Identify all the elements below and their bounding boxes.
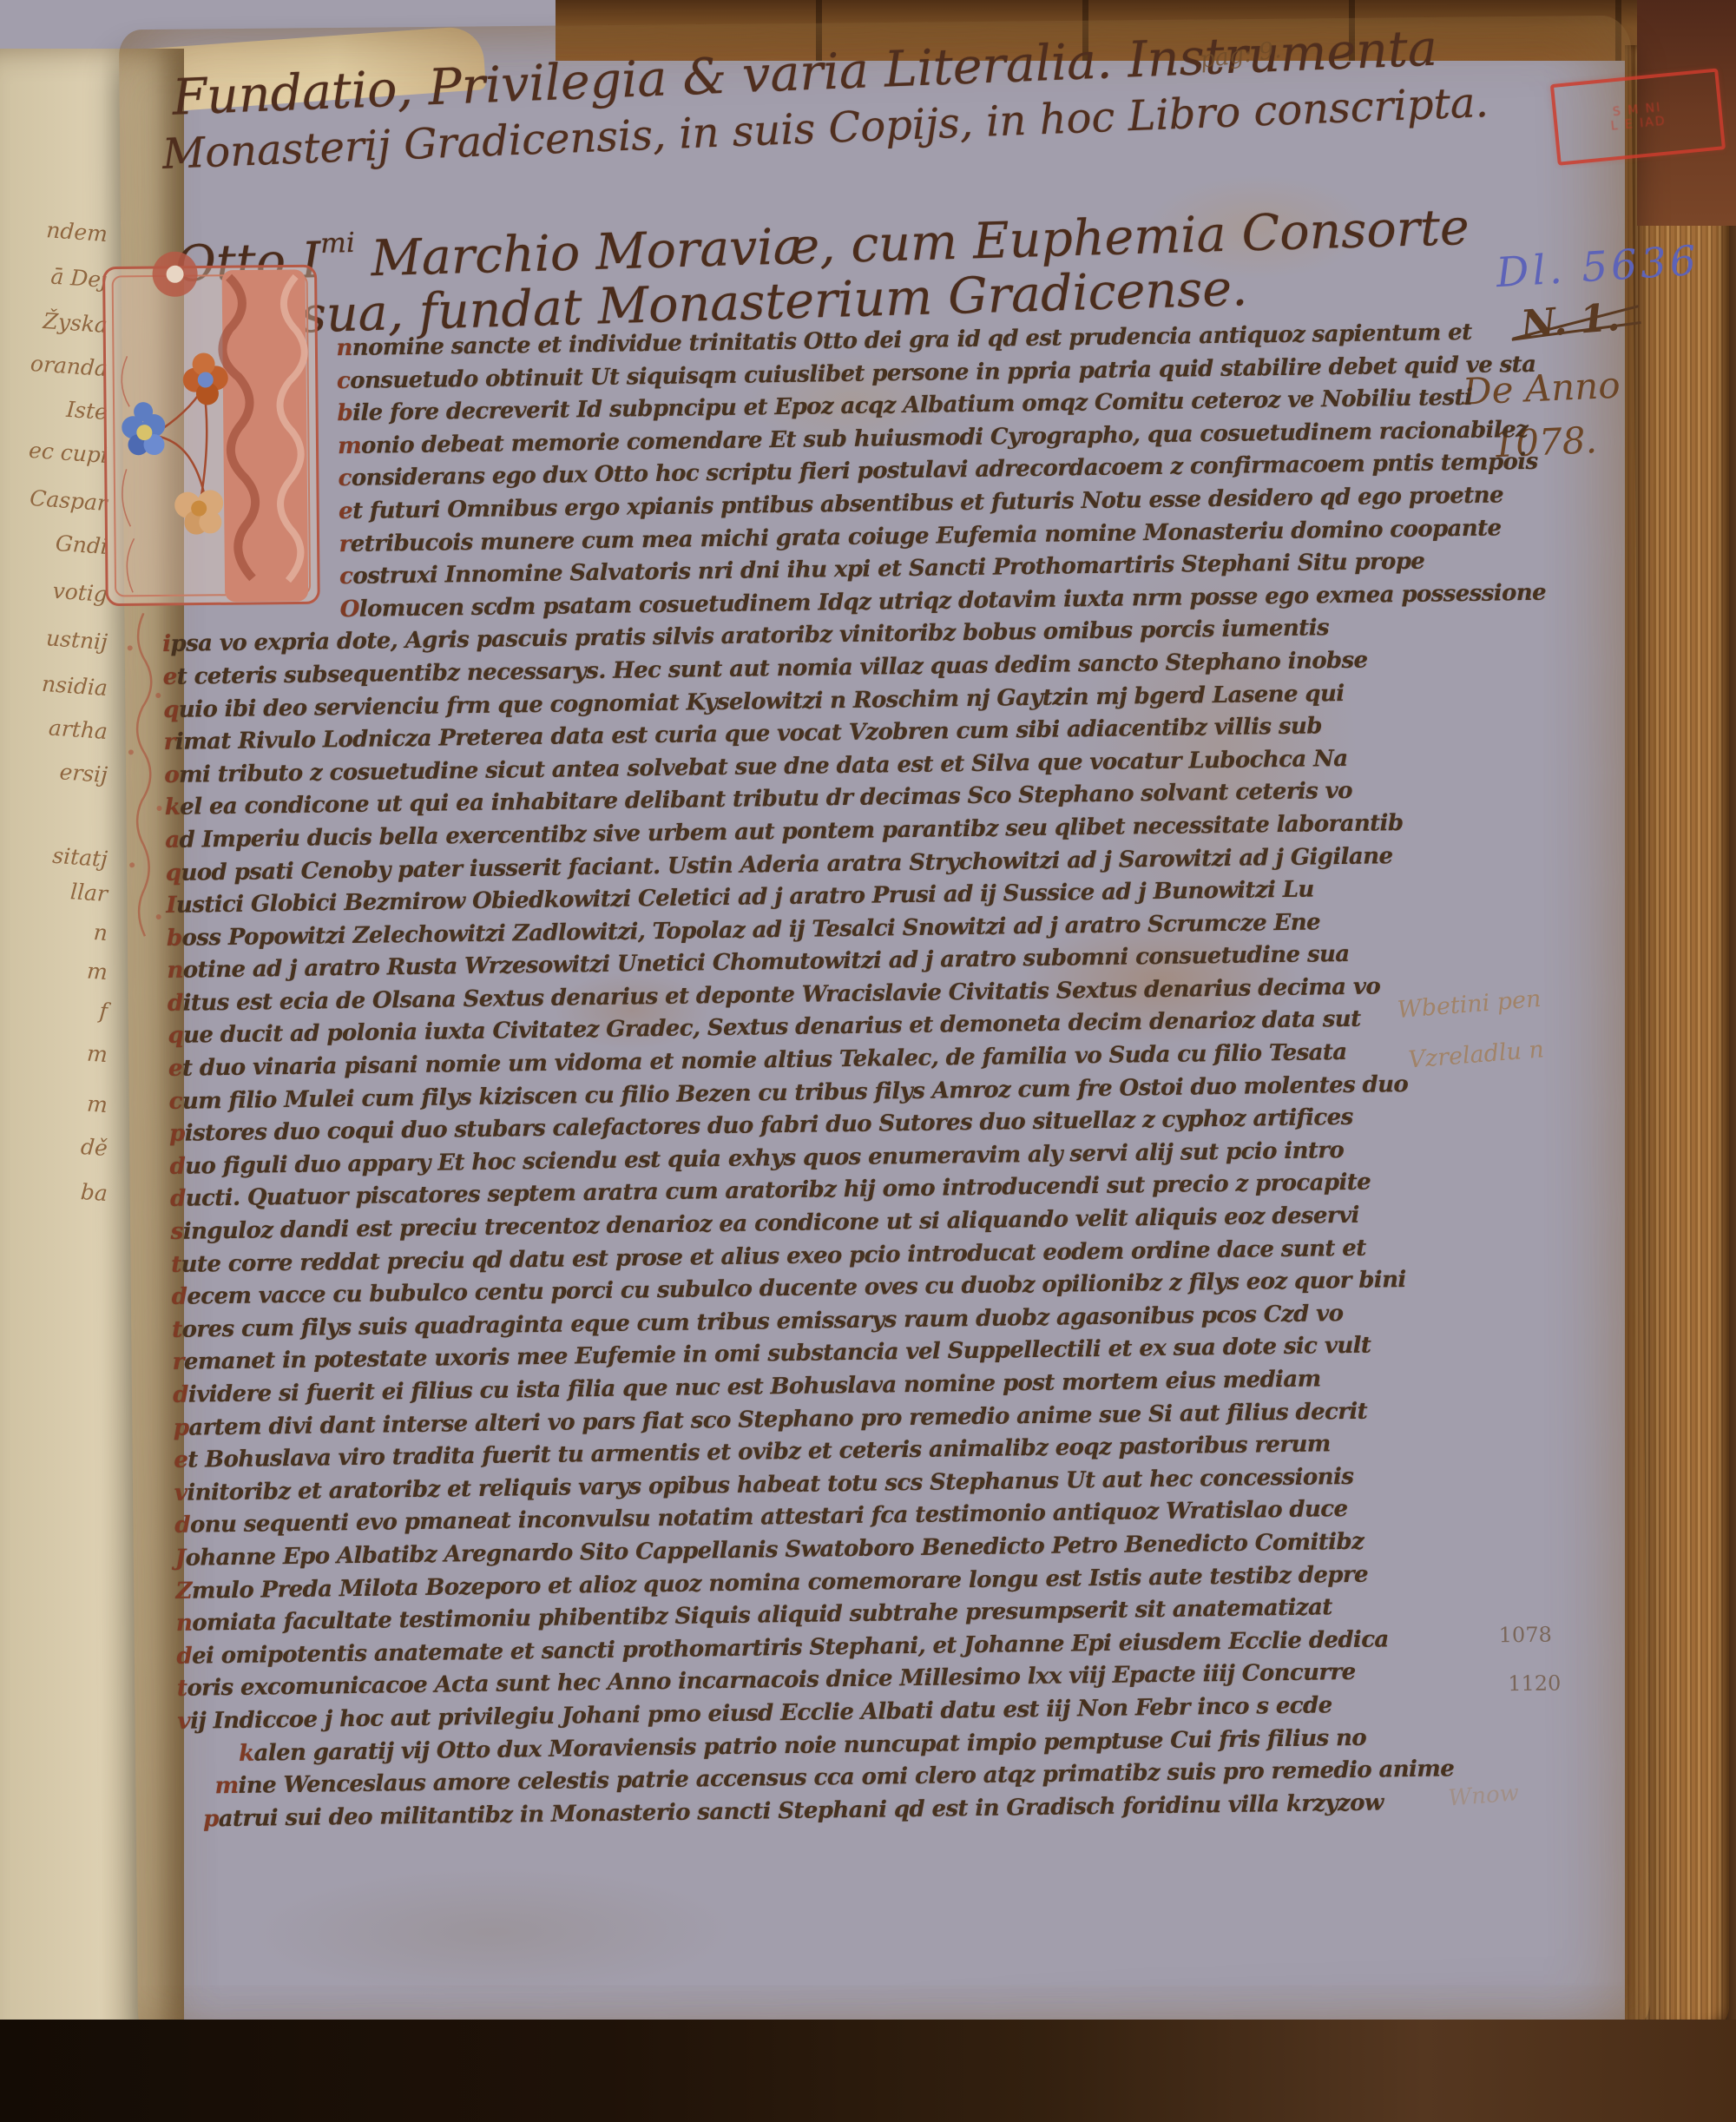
facing-page-fragment: m bbox=[4, 952, 108, 985]
facing-page-fragment: ndem bbox=[4, 214, 108, 247]
charter-body-text: nnomine sancte et individue trinitatis O… bbox=[158, 316, 1575, 1837]
facing-page-fragment: votig bbox=[4, 575, 108, 607]
facing-page-fragment: Caspar bbox=[4, 484, 108, 516]
facing-page-fragment: llar bbox=[4, 874, 108, 906]
archive-stamp: S M NI L E IAD bbox=[1550, 68, 1726, 165]
faint-margin-year-1078: 1078 bbox=[1499, 1623, 1552, 1648]
parchment-stain bbox=[249, 1865, 736, 2000]
faint-margin-year-1120: 1120 bbox=[1508, 1671, 1561, 1697]
facing-page-fragment: Gndi bbox=[4, 527, 108, 559]
facing-page-fragment: sitatj bbox=[4, 840, 108, 872]
facing-page-fragment: f bbox=[4, 992, 108, 1024]
facing-page-fragment: m bbox=[4, 1085, 108, 1117]
facing-page-fragment: ustnij bbox=[4, 623, 108, 655]
facing-page-fragment: artha bbox=[4, 712, 108, 744]
facing-page-fragment: nsidia bbox=[4, 669, 108, 701]
manuscript-page: Fundatio, Privilegia & varia Literalia. … bbox=[119, 16, 1650, 2046]
facing-page-fragment: dě bbox=[4, 1129, 108, 1161]
manuscript-photo: ndemā DejŽyskaorandaIsteec cupiCasparGnd… bbox=[0, 0, 1736, 2122]
wooden-table-bottom bbox=[0, 2020, 1736, 2122]
facing-page-fragment: n bbox=[4, 913, 108, 946]
facing-page-fragment: ba bbox=[4, 1174, 108, 1206]
facing-page-fragment: ersij bbox=[4, 755, 108, 788]
facing-page-fragment: m bbox=[4, 1035, 108, 1067]
